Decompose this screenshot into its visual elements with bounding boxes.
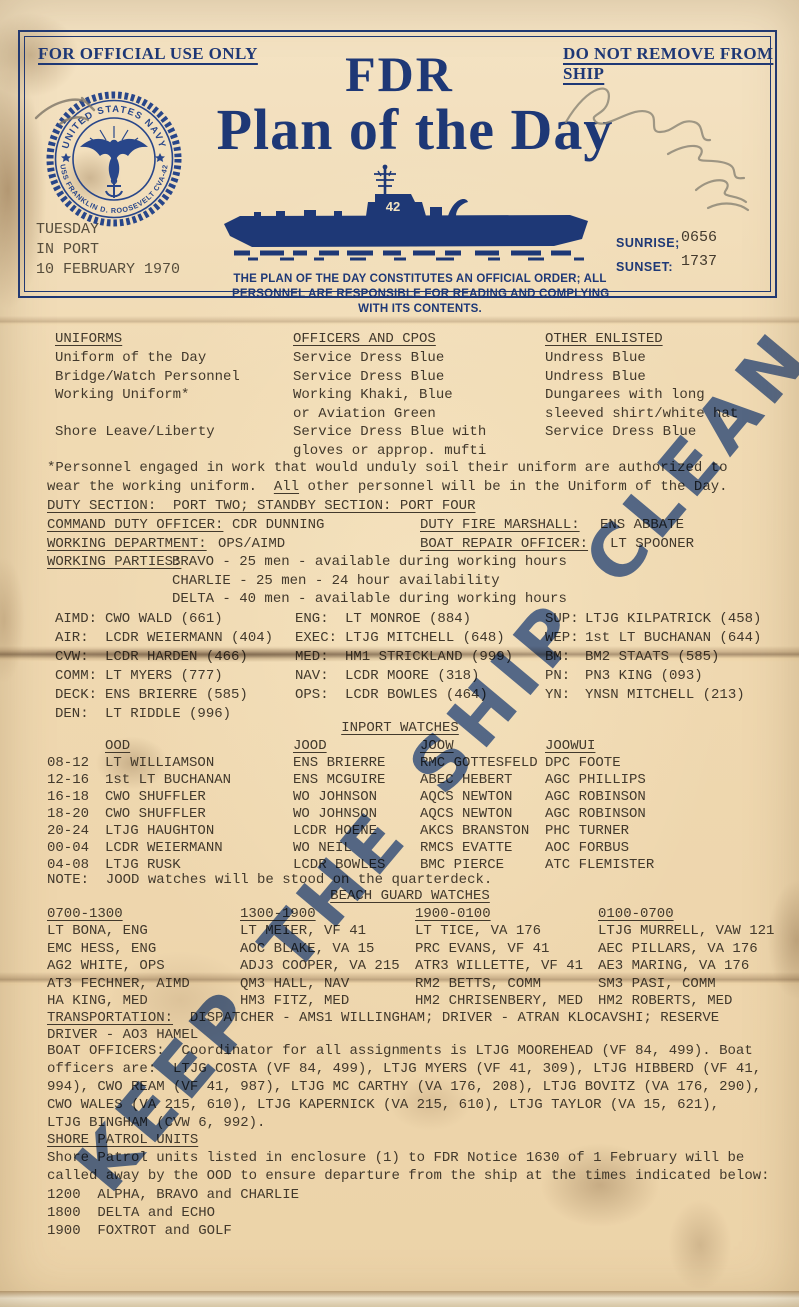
beach-header-1: 0700-1300 [47, 905, 123, 924]
transportation-label: TRANSPORTATION: [47, 1010, 173, 1026]
seal-eagle [80, 139, 148, 184]
beach-header-3: 1900-0100 [415, 905, 491, 924]
command-duty-officer-label: COMMAND DUTY OFFICER: [47, 516, 223, 535]
inport-ood-column: LT WILLIAMSON 1st LT BUCHANAN CWO SHUFFL… [105, 755, 231, 874]
paper-bottom-edge [0, 1291, 799, 1307]
working-parties-label: WORKING PARTIES: [47, 553, 181, 572]
sunset-value: 1737 [681, 254, 717, 270]
inport-header-jood: JOOD [293, 737, 327, 756]
uniforms-officers-column: Service Dress Blue Service Dress Blue Wo… [293, 349, 486, 460]
shore-patrol-schedule: 1200 ALPHA, BRAVO and CHARLIE 1800 DELTA… [47, 1186, 299, 1240]
plan-of-the-day-page: FOR OFFICIAL USE ONLY DO NOT REMOVE FROM… [0, 0, 799, 1307]
sunrise-value: 0656 [681, 230, 717, 246]
date-block: TUESDAY IN PORT 10 FEBRUARY 1970 [36, 220, 180, 280]
duty-section-line: DUTY SECTION: PORT TWO; STANDBY SECTION:… [47, 497, 475, 516]
working-parties-lines: BRAVO - 25 men - available during workin… [172, 553, 567, 609]
official-order-motto: THE PLAN OF THE DAY CONSTITUTES AN OFFIC… [232, 272, 608, 317]
footnote-all-underlined: All [274, 479, 299, 495]
water-splashes [234, 253, 584, 259]
footnote-line1: *Personnel engaged in work that would un… [47, 460, 728, 476]
hull-number: 42 [386, 199, 400, 214]
duty-fire-marshall-label: DUTY FIRE MARSHALL: [420, 516, 580, 535]
sunrise-label: SUNRISE; [616, 236, 680, 250]
uniforms-col-header-item: UNIFORMS [55, 330, 122, 349]
uniforms-col-header-officers: OFFICERS AND CPOS [293, 330, 436, 349]
carrier-silhouette-icon: 42 [218, 160, 600, 264]
beach-col3: LT TICE, VA 176 PRC EVANS, VF 41 ATR3 WI… [415, 923, 583, 1011]
sunset-label: SUNSET: [616, 260, 673, 274]
inport-joowui-column: DPC FOOTE AGC PHILLIPS AGC ROBINSON AGC … [545, 755, 654, 874]
inport-times-column: 08-12 12-16 16-18 18-20 20-24 00-04 04-0… [47, 755, 89, 874]
command-duty-officer-value: CDR DUNNING [232, 516, 324, 535]
pencil-mark [30, 80, 120, 130]
pencil-signature-scribble [548, 58, 778, 218]
working-department-label: WORKING DEPARTMENT: [47, 535, 207, 554]
inport-header-joowui: JOOWUI [545, 737, 595, 756]
uniforms-items-column: Uniform of the Day Bridge/Watch Personne… [55, 349, 240, 442]
beach-header-4: 0100-0700 [598, 905, 674, 924]
transportation-block: TRANSPORTATION: DISPATCHER - AMS1 WILLIN… [47, 1010, 719, 1044]
beach-col1: LT BONA, ENG EMC HESS, ENG AG2 WHITE, OP… [47, 923, 190, 1011]
roster-col1-labels: AIMD: AIR: CVW: COMM: DECK: DEN: [55, 610, 97, 724]
inport-header-ood: OOD [105, 737, 130, 756]
uniforms-col-header-enlisted: OTHER ENLISTED [545, 330, 663, 349]
roster-col1-values: CWO WALD (661) LCDR WEIERMANN (404) LCDR… [105, 610, 273, 724]
working-department-value: OPS/AIMD [218, 535, 285, 554]
beach-col4: LTJG MURRELL, VAW 121 AEC PILLARS, VA 17… [598, 923, 774, 1011]
fold-crease-top [0, 316, 799, 326]
footnote-line2-pre: wear the working uniform. [47, 479, 274, 495]
